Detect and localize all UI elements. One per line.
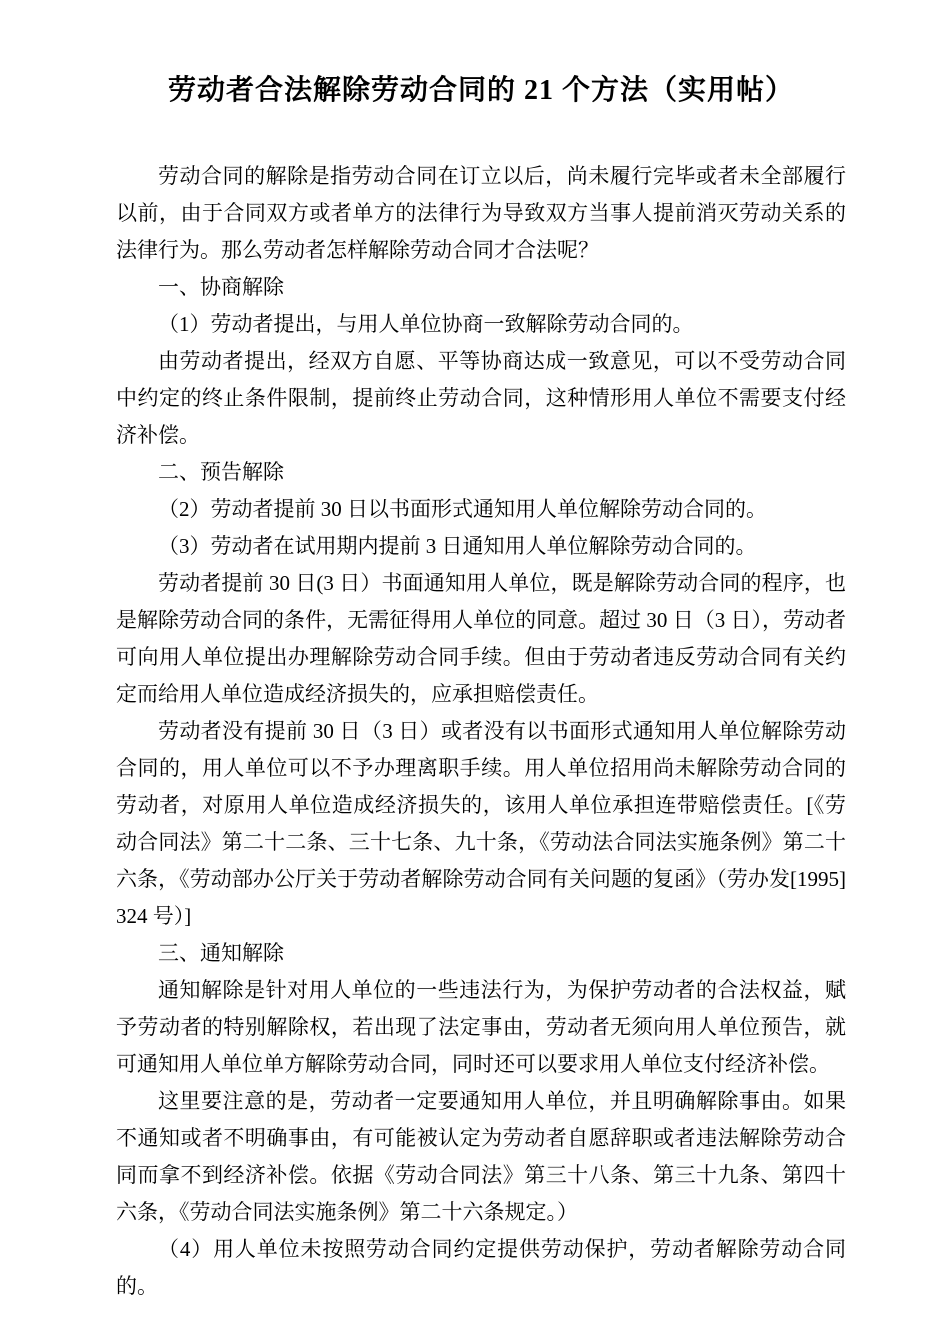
item-method-4: （4）用人单位未按照劳动合同约定提供劳动保护，劳动者解除劳动合同的。 [116, 1231, 846, 1305]
para-consensual-detail: 由劳动者提出，经双方自愿、平等协商达成一致意见，可以不受劳动合同中约定的终止条件… [116, 343, 846, 454]
para-notification-caution: 这里要注意的是，劳动者一定要通知用人单位，并且明确解除事由。如果不通知或者不明确… [116, 1083, 846, 1231]
item-method-3: （3）劳动者在试用期内提前 3 日通知用人单位解除劳动合同的。 [116, 528, 846, 565]
para-advance-notice-detail: 劳动者提前 30 日(3 日）书面通知用人单位，既是解除劳动合同的程序，也是解除… [116, 565, 846, 713]
heading-advance-notice-termination: 二、预告解除 [116, 454, 846, 491]
heading-consensual-termination: 一、协商解除 [116, 269, 846, 306]
document-page: 劳动者合法解除劳动合同的 21 个方法（实用帖） 劳动合同的解除是指劳动合同在订… [0, 0, 950, 1344]
page-title: 劳动者合法解除劳动合同的 21 个方法（实用帖） [116, 70, 846, 112]
para-notification-detail: 通知解除是针对用人单位的一些违法行为，为保护劳动者的合法权益，赋予劳动者的特别解… [116, 972, 846, 1083]
item-method-2: （2）劳动者提前 30 日以书面形式通知用人单位解除劳动合同的。 [116, 491, 846, 528]
item-method-1: （1）劳动者提出，与用人单位协商一致解除劳动合同的。 [116, 306, 846, 343]
heading-notification-termination: 三、通知解除 [116, 935, 846, 972]
para-intro: 劳动合同的解除是指劳动合同在订立以后，尚未履行完毕或者未全部履行以前，由于合同双… [116, 158, 846, 269]
para-no-notice-liability: 劳动者没有提前 30 日（3 日）或者没有以书面形式通知用人单位解除劳动合同的，… [116, 713, 846, 935]
